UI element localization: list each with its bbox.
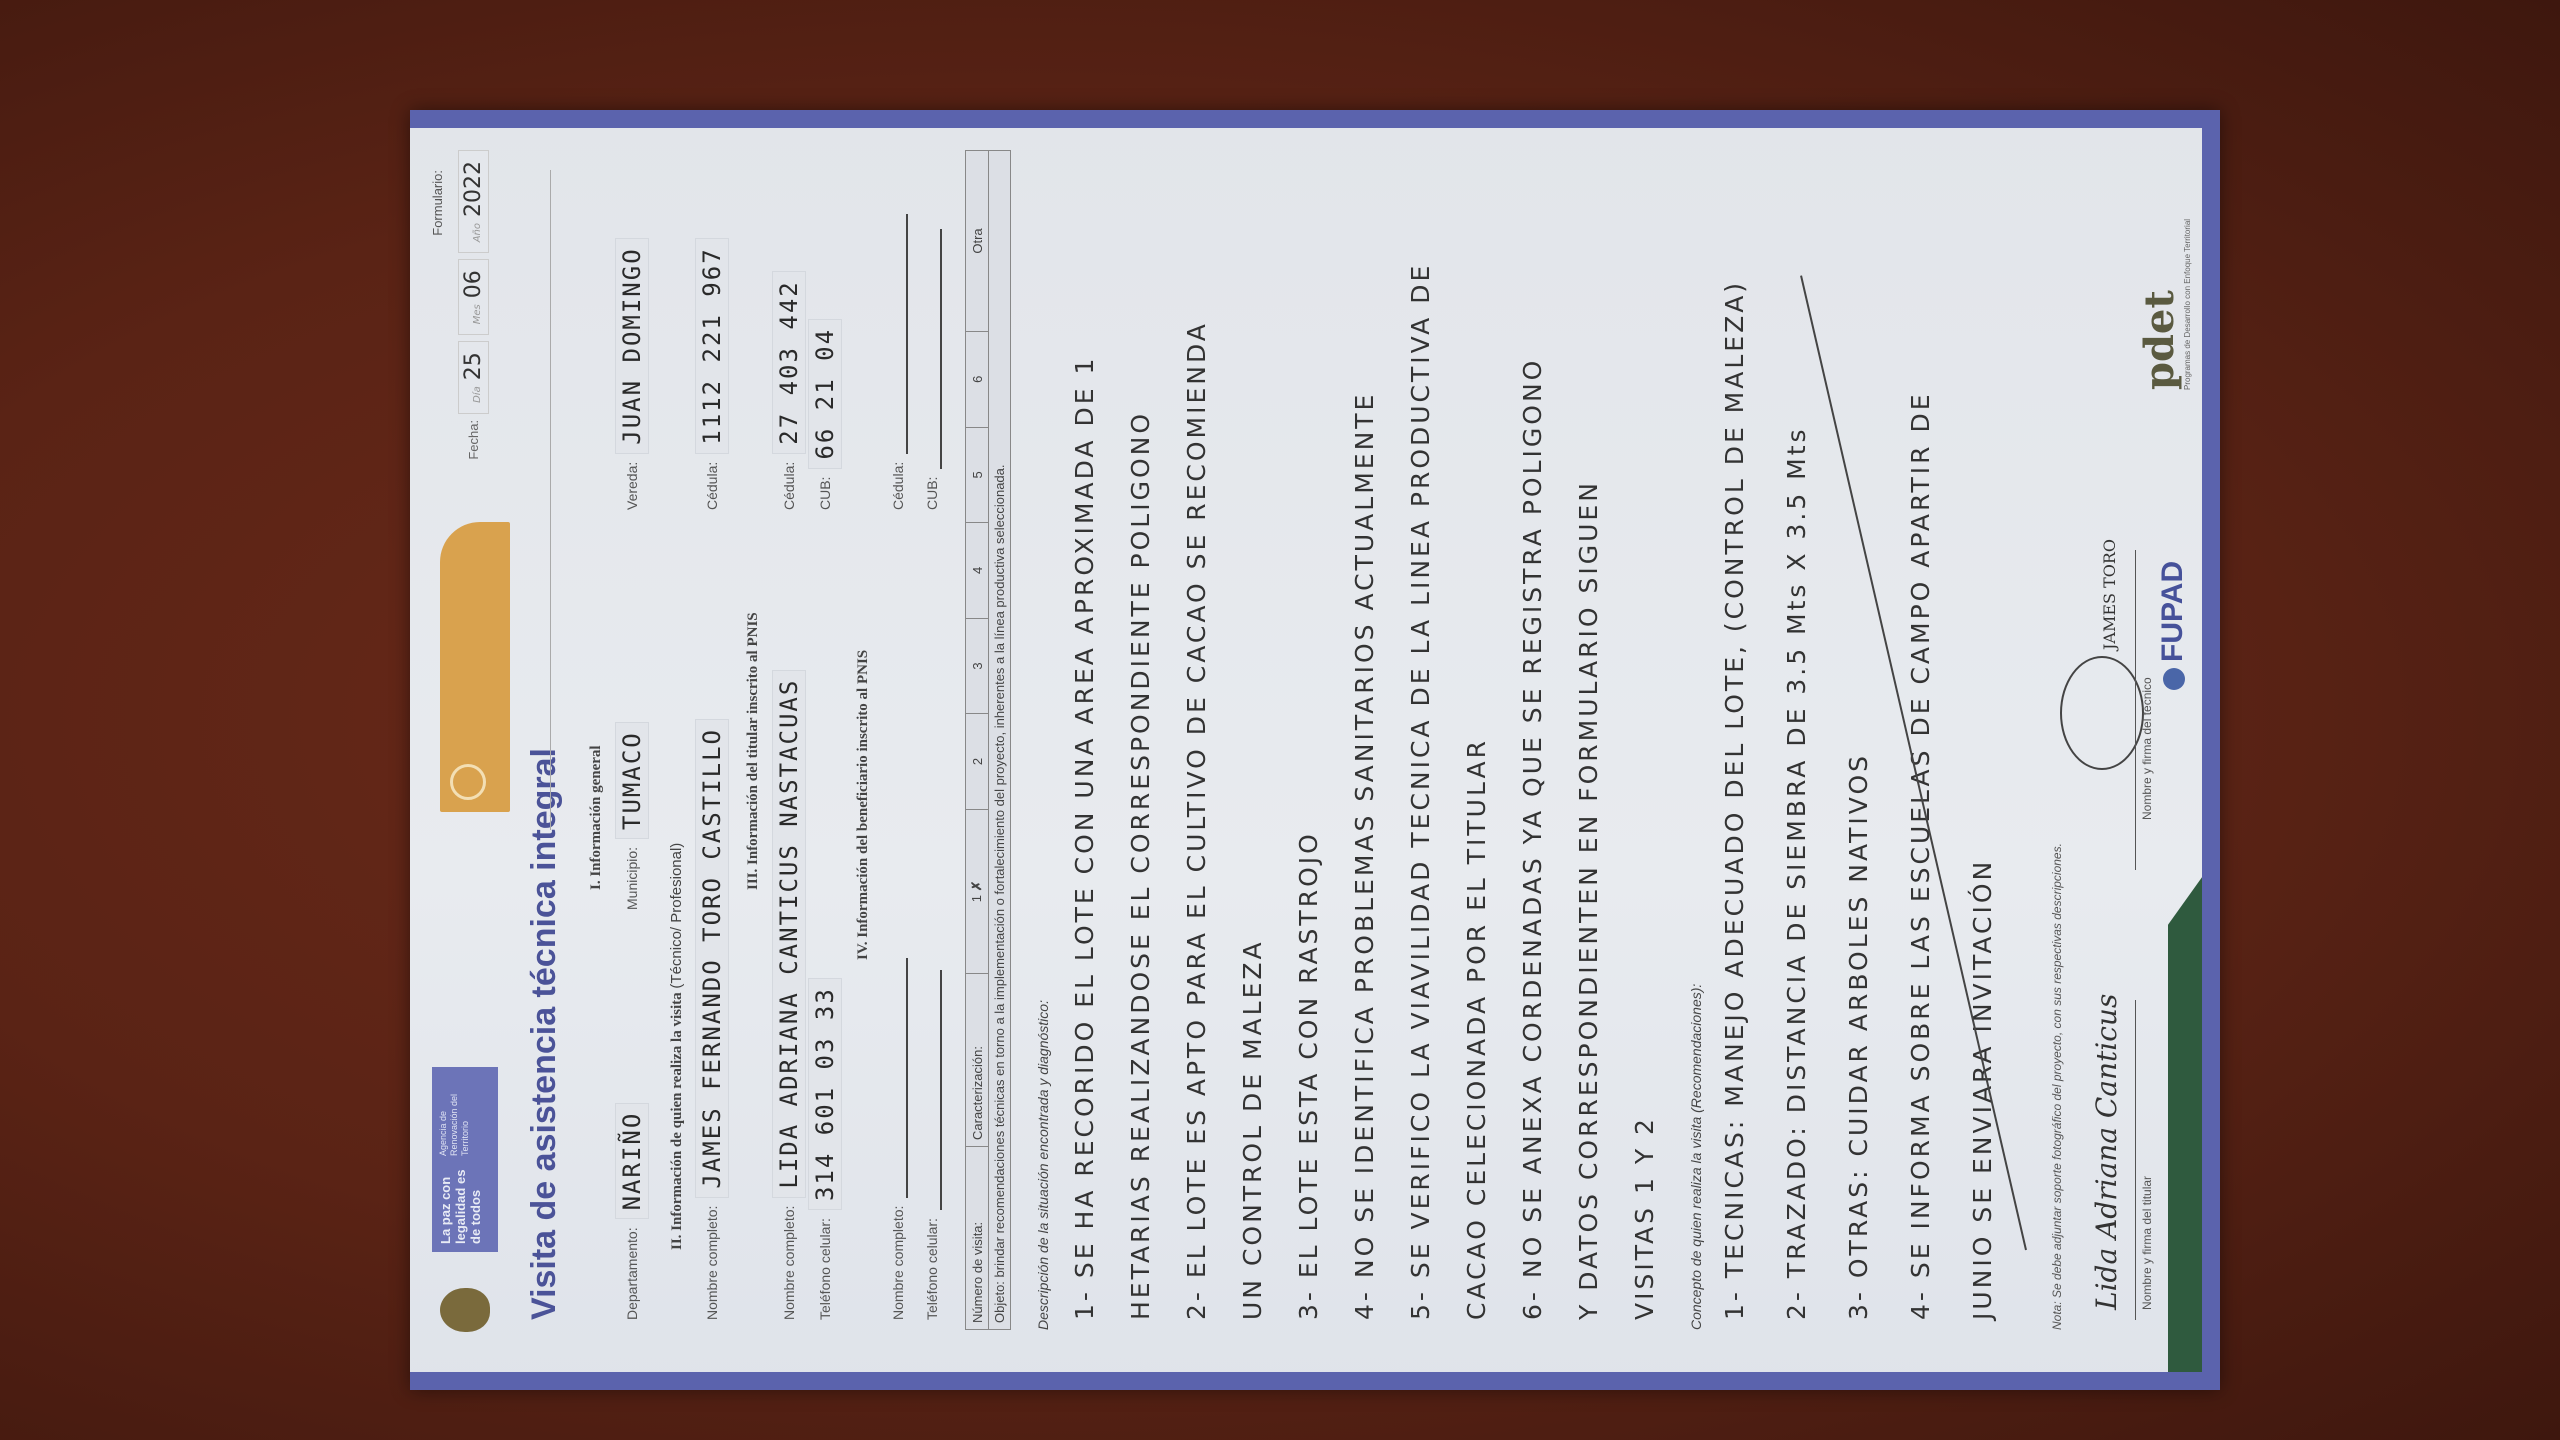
title-divider xyxy=(550,170,551,830)
beneficiario-telefono-field[interactable] xyxy=(922,970,942,1210)
globe-icon xyxy=(2163,668,2185,690)
paper-form: La paz con legalidad es de todos Agencia… xyxy=(410,110,2220,1390)
titular-cedula-label: Cédula: xyxy=(781,462,797,510)
numero-visita-label: Número de visita: xyxy=(966,1147,989,1330)
concepto-label: Concepto de quien realiza la visita (Rec… xyxy=(1688,984,1704,1330)
beneficiario-telefono-row: Teléfono celular: xyxy=(922,970,942,1320)
visit-option-6[interactable]: 6 xyxy=(966,331,989,427)
titular-cub-row: CUB: 66 21 04 xyxy=(808,319,842,510)
titular-nombre-label: Nombre completo: xyxy=(781,1206,797,1320)
titular-cedula-row: Cédula: 27 403 442 xyxy=(772,271,806,510)
section-2-title: II. Información de quien realiza la visi… xyxy=(668,843,686,1250)
nota-text: Nota: Se debe adjuntar soporte fotográfi… xyxy=(2050,843,2064,1330)
handwritten-line: 1- TECNICAS: MANEJO ADECUADO DEL LOTE, (… xyxy=(1720,280,1749,1320)
visit-option-2[interactable]: 2 xyxy=(966,714,989,810)
program-logo xyxy=(440,522,510,812)
section-2-suffix: (Técnico/ Profesional) xyxy=(668,843,685,989)
titular-cub-field[interactable]: 66 21 04 xyxy=(808,319,842,469)
vereda-label: Vereda: xyxy=(624,462,640,510)
tecnico-nombre-field[interactable]: JAMES FERNANDO TORO CASTILLO xyxy=(695,719,729,1198)
visit-option-4[interactable]: 4 xyxy=(966,523,989,619)
fecha-dia[interactable]: Día25 xyxy=(458,341,489,414)
handwritten-line: CACAO CELECIONADA POR EL TITULAR xyxy=(1462,738,1491,1320)
departamento-row: Departamento: NARIÑO xyxy=(615,1103,649,1320)
beneficiario-cub-field[interactable] xyxy=(922,229,942,469)
beneficiario-telefono-label: Teléfono celular: xyxy=(924,1218,940,1320)
titular-cedula-field[interactable]: 27 403 442 xyxy=(772,271,806,454)
municipio-label: Municipio: xyxy=(624,847,640,910)
handwritten-line: 3- OTRAS: CUIDAR ARBOLES NATIVOS xyxy=(1844,753,1873,1320)
pdet-subtitle: Programas de Desarrollo con Enfoque Terr… xyxy=(2183,219,2192,390)
tecnico-signature[interactable]: JAMES TORO xyxy=(2100,539,2119,650)
vereda-field[interactable]: JUAN DOMINGO xyxy=(615,238,649,453)
section-3-title: III. Información del titular inscrito al… xyxy=(745,612,762,890)
visit-option-1-label: 1 xyxy=(969,895,984,902)
logo-circle-icon xyxy=(450,764,486,800)
visit-table: Número de visita: Caracterización: 1 ✗ 2… xyxy=(965,150,1011,1330)
vereda-row: Vereda: JUAN DOMINGO xyxy=(615,238,649,510)
handwritten-line: UN CONTROL DE MALEZA xyxy=(1238,939,1267,1320)
beneficiario-cedula-field[interactable] xyxy=(888,214,908,454)
visit-option-otra[interactable]: Otra xyxy=(966,151,989,332)
visit-option-5[interactable]: 5 xyxy=(966,427,989,523)
titular-signature[interactable]: Lida Adriana Canticus xyxy=(2090,994,2123,1310)
fecha-field: Fecha: Día25 Mes06 Año2022 xyxy=(458,150,489,460)
handwritten-line: 5- SE VERIFICO LA VIAVILIDAD TECNICA DE … xyxy=(1406,263,1435,1320)
mes-value: 06 xyxy=(461,270,486,298)
tecnico-signature-scrawl xyxy=(2060,656,2144,770)
handwritten-line: 3- EL LOTE ESTA CON RASTROJO xyxy=(1294,831,1323,1320)
handwritten-line: VISITAS 1 Y 2 xyxy=(1630,1116,1659,1320)
pdet-text: pdet xyxy=(2136,290,2183,390)
municipio-row: Municipio: TUMACO xyxy=(615,722,649,910)
anio-label: Año xyxy=(472,223,483,242)
handwritten-line: Y DATOS CORRESPONDIENTEN EN FORMULARIO S… xyxy=(1574,480,1603,1320)
titular-cub-label: CUB: xyxy=(817,477,833,510)
titular-nombre-field[interactable]: LIDA ADRIANA CANTICUS NASTACUAS xyxy=(772,670,806,1198)
beneficiario-cedula-label: Cédula: xyxy=(890,462,906,510)
fupad-logo: FUPAD xyxy=(2156,561,2190,690)
tecnico-signature-label: Nombre y firma del técnico xyxy=(2140,677,2154,820)
tecnico-cedula-label: Cédula: xyxy=(704,462,720,510)
visit-option-1[interactable]: 1 ✗ xyxy=(966,809,989,973)
selected-check-icon: ✗ xyxy=(969,881,984,892)
right-border-band xyxy=(410,110,2220,128)
titular-telefono-field[interactable]: 314 601 03 33 xyxy=(808,978,842,1210)
fecha-mes[interactable]: Mes06 xyxy=(458,259,489,335)
departamento-label: Departamento: xyxy=(624,1227,640,1320)
titular-telefono-label: Teléfono celular: xyxy=(817,1218,833,1320)
handwritten-line: 2- EL LOTE ES APTO PARA EL CULTIVO DE CA… xyxy=(1182,321,1211,1320)
handwritten-line: 4- SE INFORMA SOBRE LAS ESCUELAS DE CAMP… xyxy=(1906,391,1935,1320)
titular-signature-line xyxy=(2135,1000,2136,1320)
handwritten-line: 6- NO SE ANEXA CORDENADAS YA QUE SE REGI… xyxy=(1518,358,1547,1320)
gov-slogan: La paz con legalidad es de todos xyxy=(432,1157,498,1252)
formulario-label: Formulario: xyxy=(430,170,445,236)
beneficiario-cub-row: CUB: xyxy=(922,229,942,510)
agency-name: Agencia de Renovación del Territorio xyxy=(432,1067,498,1162)
descripcion-label: Descripción de la situación encontrada y… xyxy=(1035,1000,1051,1330)
handwritten-line: JUNIO SE ENVIARA INVITACIÓN xyxy=(1968,859,1997,1320)
coat-of-arms-icon xyxy=(440,1288,490,1332)
handwritten-line: HETARIAS REALIZANDOSE EL CORRESPONDIENTE… xyxy=(1126,411,1155,1320)
tecnico-nombre-row: Nombre completo: JAMES FERNANDO TORO CAS… xyxy=(695,719,729,1320)
departamento-field[interactable]: NARIÑO xyxy=(615,1103,649,1220)
objeto-text: Objeto: brindar recomendaciones técnicas… xyxy=(989,151,1011,1330)
dia-label: Día xyxy=(472,386,483,403)
tecnico-cedula-field[interactable]: 1112 221 967 xyxy=(695,238,729,453)
beneficiario-nombre-field[interactable] xyxy=(888,958,908,1198)
caracterizacion-label: Caracterización: xyxy=(966,974,989,1147)
left-border-band xyxy=(410,1372,2220,1390)
section-2-title-text: II. Información de quien realiza la visi… xyxy=(669,992,685,1250)
handwritten-line: 4- NO SE IDENTIFICA PROBLEMAS SANITARIOS… xyxy=(1350,392,1379,1320)
section-1-title: I. Información general xyxy=(588,745,605,890)
fecha-anio[interactable]: Año2022 xyxy=(458,150,489,253)
beneficiario-cub-label: CUB: xyxy=(924,477,940,510)
tecnico-cedula-row: Cédula: 1112 221 967 xyxy=(695,238,729,510)
page-title: Visita de asistencia técnica integral xyxy=(525,748,564,1320)
visit-option-3[interactable]: 3 xyxy=(966,618,989,714)
footer-blue-band xyxy=(2202,128,2220,1372)
beneficiario-nombre-label: Nombre completo: xyxy=(890,1206,906,1320)
handwritten-line: 1- SE HA RECORIDO EL LOTE CON UNA AREA A… xyxy=(1070,356,1099,1320)
beneficiario-nombre-row: Nombre completo: xyxy=(888,958,908,1320)
anio-value: 2022 xyxy=(461,161,486,217)
handwritten-line: 2- TRAZADO: DISTANCIA DE SIEMBRA DE 3.5 … xyxy=(1782,426,1811,1320)
fecha-label: Fecha: xyxy=(466,420,481,460)
titular-telefono-row: Teléfono celular: 314 601 03 33 xyxy=(808,978,842,1320)
tecnico-nombre-label: Nombre completo: xyxy=(704,1206,720,1320)
pdet-logo: pdetProgramas de Desarrollo con Enfoque … xyxy=(2136,219,2192,390)
dia-value: 25 xyxy=(461,352,486,380)
beneficiario-cedula-row: Cédula: xyxy=(888,214,908,510)
mes-label: Mes xyxy=(472,304,483,324)
titular-nombre-row: Nombre completo: LIDA ADRIANA CANTICUS N… xyxy=(772,670,806,1320)
titular-signature-label: Nombre y firma del titular xyxy=(2140,1176,2154,1310)
municipio-field[interactable]: TUMACO xyxy=(615,722,649,839)
tecnico-signature-line xyxy=(2135,550,2136,870)
section-4-title: IV. Información del beneficiario inscrit… xyxy=(855,650,872,960)
fupad-text: FUPAD xyxy=(2156,561,2189,662)
